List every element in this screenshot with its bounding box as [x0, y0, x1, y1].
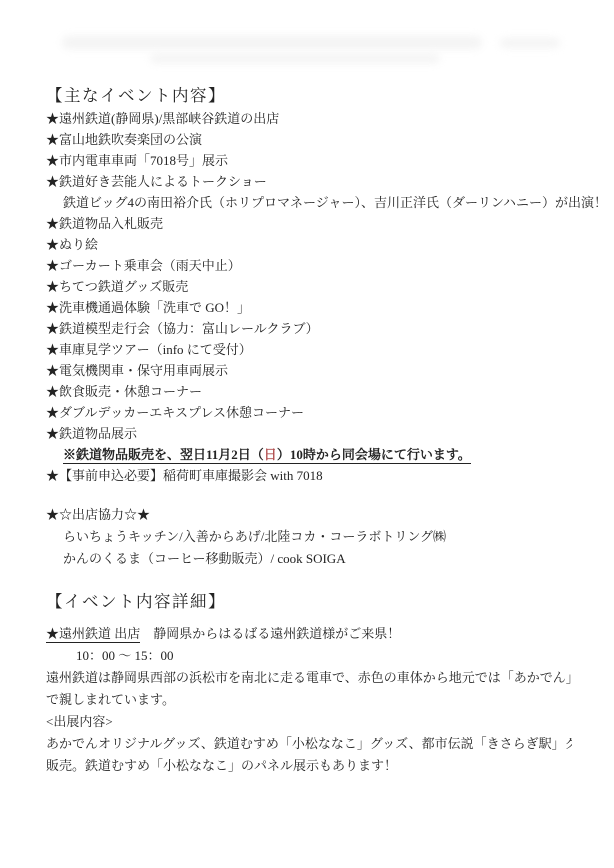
- event-item: ★鉄道物品展示: [46, 423, 572, 444]
- detail-headline-underlined: ★遠州鉄道 出店: [46, 626, 140, 643]
- detail-headline: ★遠州鉄道 出店 静岡県からはるばる遠州鉄道様がご来県！: [46, 623, 572, 645]
- event-item-text: ★ちてつ鉄道グッズ販売: [46, 279, 188, 294]
- event-item: ★電気機関車・保守用車両展示: [46, 360, 572, 381]
- event-item: ★車庫見学ツアー（info にて受付）: [46, 339, 572, 360]
- detail-section: ★遠州鉄道 出店 静岡県からはるばる遠州鉄道様がご来県！ 10：00 ～ 15：…: [46, 623, 572, 777]
- bleedthrough-artifact: [500, 38, 560, 48]
- event-item-text: ★市内電車車両「7018号」展示: [46, 153, 228, 168]
- event-item: ★市内電車車両「7018号」展示: [46, 150, 572, 171]
- event-item: ★ダブルデッカーエキスプレス休憩コーナー: [46, 402, 572, 423]
- event-item: ★ちてつ鉄道グッズ販売: [46, 276, 572, 297]
- cooperation-heading: ★☆出店協力☆★: [46, 504, 572, 526]
- sale-notice-red-day: 日: [264, 447, 277, 462]
- detail-paragraph-line: で親しまれています。: [46, 689, 572, 711]
- event-item: ★富山地鉄吹奏楽団の公演: [46, 129, 572, 150]
- detail-time-text: 10：00 ～ 15：00: [76, 648, 174, 663]
- cooperation-section: ★☆出店協力☆★ らいちょうキッチン/入善からあげ/北陸コカ・コーラボトリング㈱…: [46, 504, 572, 570]
- detail-time: 10：00 ～ 15：00: [46, 645, 572, 667]
- event-item: ★ゴーカート乗車会（雨天中止）: [46, 255, 572, 276]
- sale-notice-post: ）10時から同会場にて行います。: [277, 447, 471, 462]
- event-item-text: ★車庫見学ツアー（info にて受付）: [46, 342, 252, 357]
- detail-paragraph-text: で親しまれています。: [46, 692, 175, 707]
- detail-subheading-text: <出展内容>: [46, 714, 113, 729]
- event-item-text: ★【事前申込必要】稲荷町車庫撮影会 with 7018: [46, 468, 323, 483]
- detail-exhibit-line: あかでんオリジナルグッズ、鉄道むすめ「小松ななこ」グッズ、都市伝説「きさらぎ駅」…: [46, 733, 572, 755]
- event-item-text: ★鉄道模型走行会（協力：富山レールクラブ）: [46, 321, 319, 336]
- event-item-text: 鉄道ビッグ4の南田裕介氏（ホリプロマネージャー）、吉川正洋氏（ダーリンハニー）が…: [63, 195, 607, 210]
- event-item-text: ★鉄道好き芸能人によるトークショー: [46, 174, 267, 189]
- event-item-text: ★ダブルデッカーエキスプレス休憩コーナー: [46, 405, 304, 420]
- event-item-text: ★鉄道物品入札販売: [46, 216, 163, 231]
- bleedthrough-artifact: [150, 54, 440, 63]
- event-item: ★【事前申込必要】稲荷町車庫撮影会 with 7018: [46, 465, 572, 486]
- event-item-text: ★富山地鉄吹奏楽団の公演: [46, 132, 202, 147]
- sale-notice-underlined: ※鉄道物品販売を、翌日11月2日（日）10時から同会場にて行います。: [63, 447, 471, 464]
- cooperation-line-text: らいちょうキッチン/入善からあげ/北陸コカ・コーラボトリング㈱: [63, 529, 446, 544]
- detail-exhibit-line: 販売。鉄道むすめ「小松ななこ」のパネル展示もあります！: [46, 755, 572, 777]
- event-item: ★ぬり絵: [46, 234, 572, 255]
- cooperation-line-text: かんのくるま（コーヒー移動販売）/ cook SOIGA: [63, 551, 346, 566]
- detail-headline-rest: 静岡県からはるばる遠州鉄道様がご来県！: [140, 626, 400, 641]
- event-item: ★飲食販売・休憩コーナー: [46, 381, 572, 402]
- event-item-subline: 鉄道ビッグ4の南田裕介氏（ホリプロマネージャー）、吉川正洋氏（ダーリンハニー）が…: [46, 192, 572, 213]
- event-item: ★鉄道物品入札販売: [46, 213, 572, 234]
- event-item: ★洗車機通過体験「洗車で GO！」: [46, 297, 572, 318]
- document-page: 【主なイベント内容】 ★遠州鉄道(静岡県)/黒部峡谷鉄道の出店 ★富山地鉄吹奏楽…: [0, 0, 614, 868]
- event-item-text: ★ゴーカート乗車会（雨天中止）: [46, 258, 241, 273]
- detail-exhibit-text: あかでんオリジナルグッズ、鉄道むすめ「小松ななこ」グッズ、都市伝説「きさらぎ駅」…: [46, 736, 572, 751]
- event-item-text: ★鉄道物品展示: [46, 426, 137, 441]
- event-item-text: ★遠州鉄道(静岡県)/黒部峡谷鉄道の出店: [46, 111, 279, 126]
- event-item-text: ★洗車機通過体験「洗車で GO！」: [46, 300, 250, 315]
- detail-paragraph-line: 遠州鉄道は静岡県西部の浜松市を南北に走る電車で、赤色の車体から地元では「あかでん…: [46, 667, 572, 689]
- cooperation-heading-text: ★☆出店協力☆★: [46, 507, 150, 522]
- bleedthrough-artifact: [62, 36, 482, 49]
- event-item: ★遠州鉄道(静岡県)/黒部峡谷鉄道の出店: [46, 108, 572, 129]
- detail-subheading: <出展内容>: [46, 711, 572, 733]
- sale-notice-line: ※鉄道物品販売を、翌日11月2日（日）10時から同会場にて行います。: [46, 444, 572, 465]
- cooperation-line: らいちょうキッチン/入善からあげ/北陸コカ・コーラボトリング㈱: [46, 526, 572, 548]
- detail-paragraph-text: 遠州鉄道は静岡県西部の浜松市を南北に走る電車で、赤色の車体から地元では「あかでん…: [46, 670, 572, 685]
- detail-exhibit-text: 販売。鉄道むすめ「小松ななこ」のパネル展示もあります！: [46, 758, 397, 773]
- section-heading-main-events: 【主なイベント内容】: [46, 84, 226, 108]
- main-events-list: ★遠州鉄道(静岡県)/黒部峡谷鉄道の出店 ★富山地鉄吹奏楽団の公演 ★市内電車車…: [46, 108, 572, 486]
- cooperation-line: かんのくるま（コーヒー移動販売）/ cook SOIGA: [46, 548, 572, 570]
- event-item-text: ★ぬり絵: [46, 237, 98, 252]
- event-item-text: ★電気機関車・保守用車両展示: [46, 363, 228, 378]
- event-item-text: ★飲食販売・休憩コーナー: [46, 384, 202, 399]
- section-heading-event-details: 【イベント内容詳細】: [46, 590, 226, 614]
- sale-notice-pre: ※鉄道物品販売を、翌日11月2日（: [63, 447, 264, 462]
- event-item: ★鉄道好き芸能人によるトークショー: [46, 171, 572, 192]
- event-item: ★鉄道模型走行会（協力：富山レールクラブ）: [46, 318, 572, 339]
